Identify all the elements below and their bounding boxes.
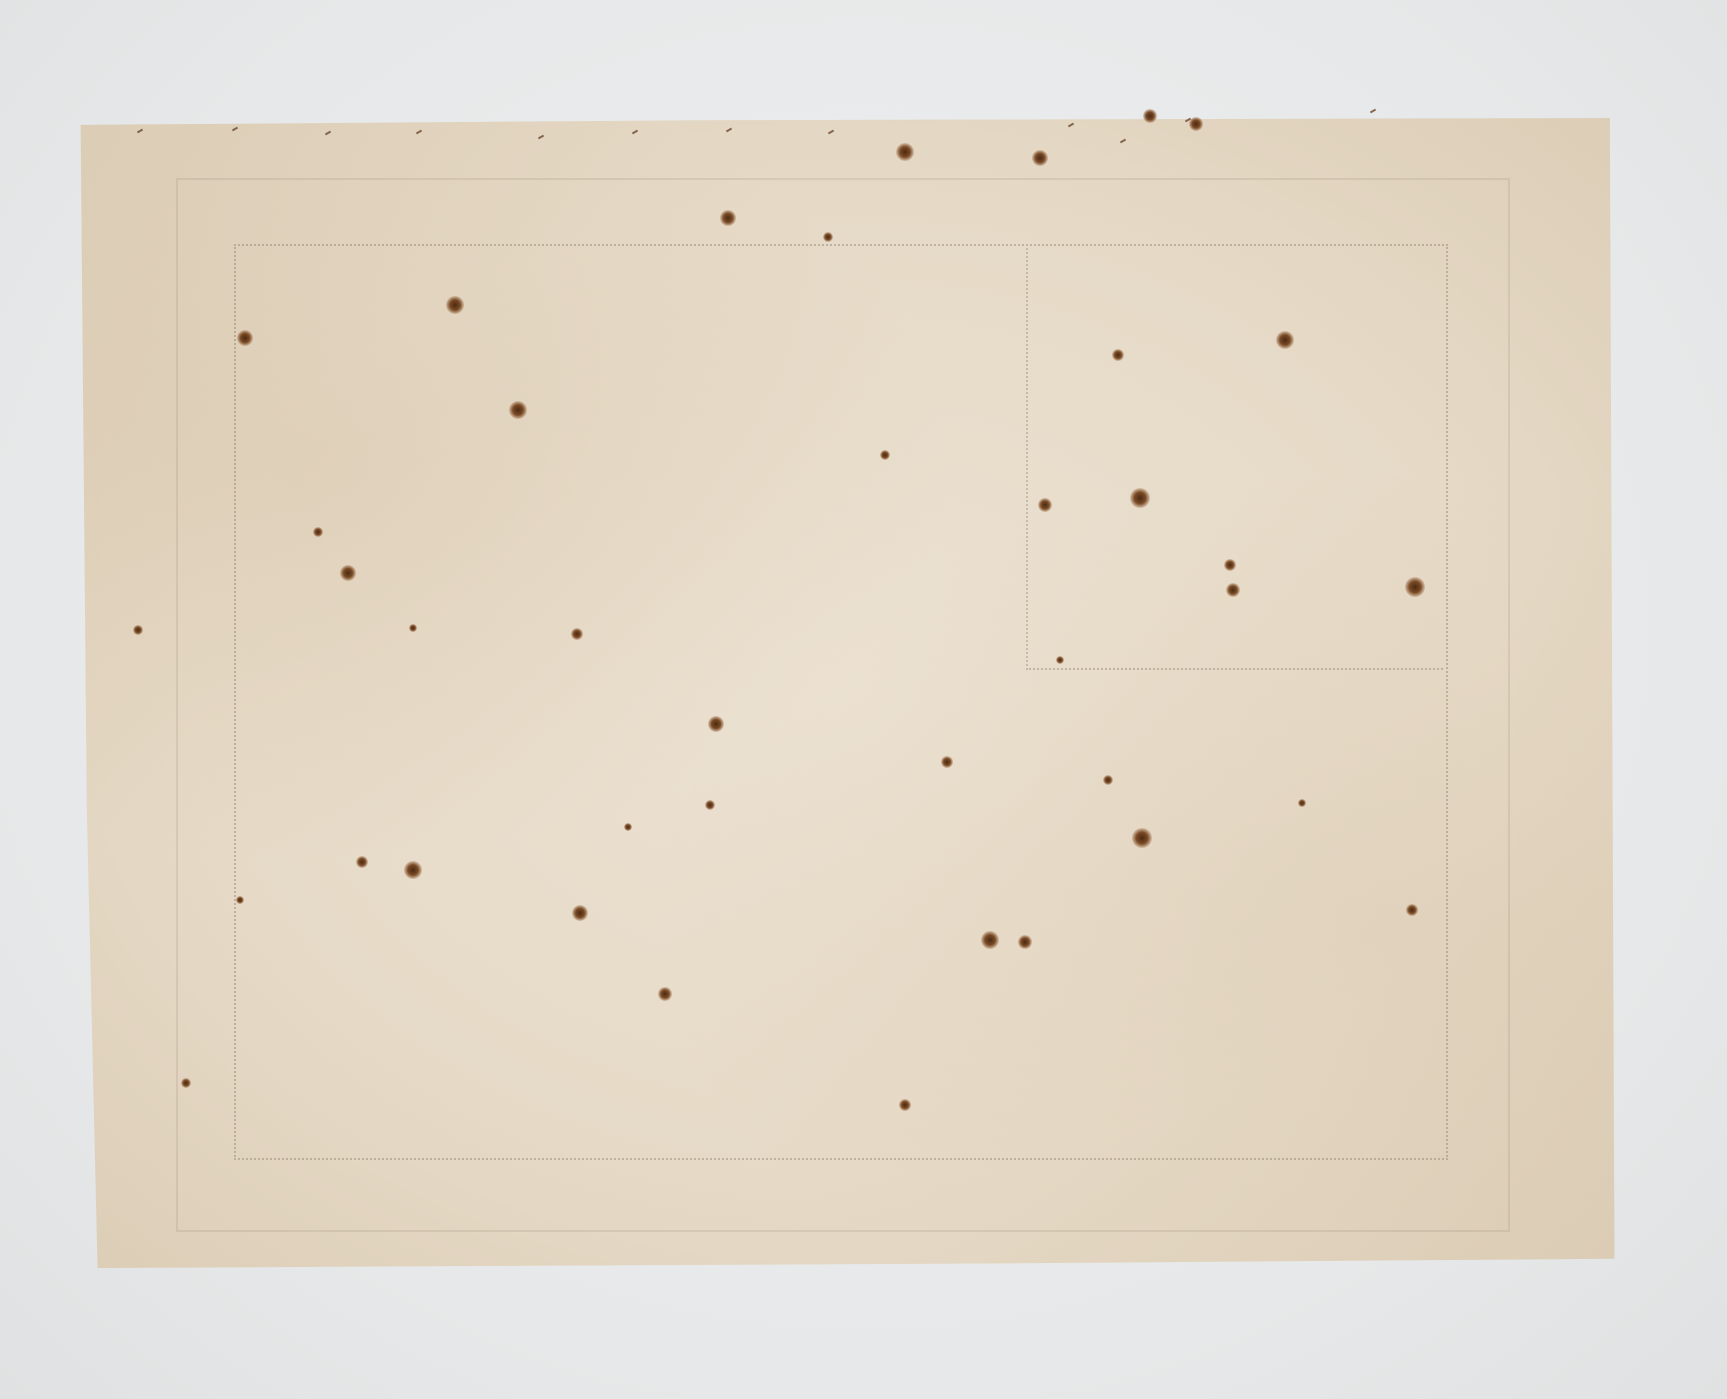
foxing-spot <box>1298 799 1306 807</box>
foxing-spot <box>1406 904 1418 916</box>
foxing-spot <box>708 716 724 732</box>
foxing-spot <box>705 800 715 810</box>
foxing-spot <box>1276 331 1294 349</box>
cartouche-impression <box>1026 248 1443 670</box>
foxing-spot <box>404 861 422 879</box>
foxing-spot <box>571 628 583 640</box>
foxing-spot <box>896 143 914 161</box>
foxing-spot <box>313 527 323 537</box>
foxing-spot <box>1018 935 1032 949</box>
foxing-spot <box>720 210 736 226</box>
foxing-spot <box>1056 656 1064 664</box>
foxing-spot <box>899 1099 911 1111</box>
foxing-spot <box>409 624 417 632</box>
foxing-spot <box>1224 559 1236 571</box>
foxing-spot <box>509 401 527 419</box>
paper-sheet <box>76 118 1616 1268</box>
foxing-spot <box>823 232 833 242</box>
foxing-spot <box>1226 583 1240 597</box>
foxing-spot <box>981 931 999 949</box>
foxing-spot <box>572 905 588 921</box>
foxing-spot <box>1032 150 1048 166</box>
foxing-spot <box>236 896 244 904</box>
foxing-spot <box>446 296 464 314</box>
foxing-spot <box>1038 498 1052 512</box>
foxing-spot <box>181 1078 191 1088</box>
foxing-spot <box>237 330 253 346</box>
foxing-spot <box>1143 109 1157 123</box>
foxing-spot <box>133 625 143 635</box>
foxing-spot <box>356 856 368 868</box>
foxing-spot <box>340 565 356 581</box>
foxing-spot <box>941 756 953 768</box>
foxing-spot <box>1112 349 1124 361</box>
foxing-spot <box>658 987 672 1001</box>
foxing-spot <box>880 450 890 460</box>
foxing-spot <box>1132 828 1152 848</box>
foxing-spot <box>624 823 632 831</box>
foxing-spot <box>1130 488 1150 508</box>
foxing-spot <box>1103 775 1113 785</box>
foxing-spot <box>1405 577 1425 597</box>
